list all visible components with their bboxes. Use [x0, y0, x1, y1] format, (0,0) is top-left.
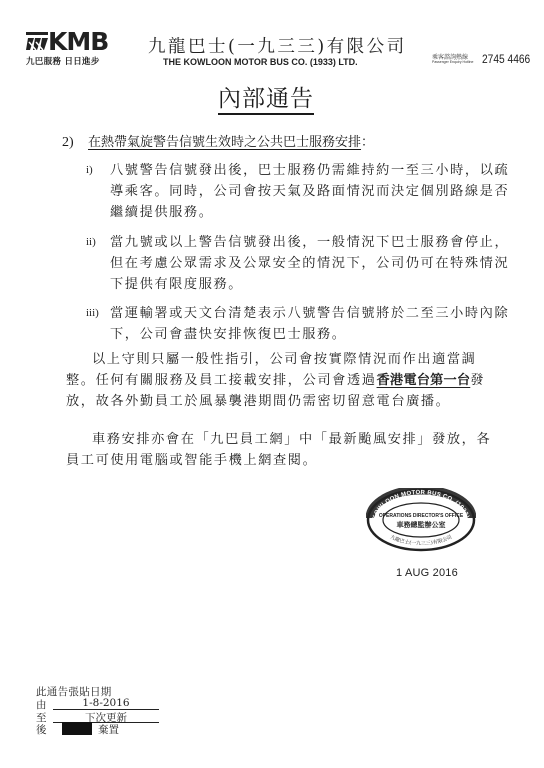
section-colon: ：: [361, 135, 374, 150]
company-name-cn: 九龍巴士(一九三三)有限公司: [148, 33, 407, 58]
item-text: 八號警告信號發出後，巴士服務仍需維持約一至三小時，以疏導乘客。同時，公司會按天氣…: [110, 160, 520, 223]
guidance-paragraph: 以上守則只屬一般性指引，公司會按實際情況而作出適當調整。任何有關服務及員工接載安…: [66, 349, 506, 412]
posting-after-row: 後 棄置: [36, 722, 136, 735]
item-marker: i): [86, 160, 93, 181]
section-number: 2): [62, 135, 88, 151]
intranet-paragraph: 車務安排亦會在「九巴員工網」中「最新颱風安排」發放，各員工可使用電腦或智能手機上…: [66, 429, 506, 471]
issue-date: 1 AUG 2016: [396, 567, 458, 579]
radio-station-highlight: 香港電台第一台: [377, 373, 471, 388]
stamp-office-en: OPERATIONS DIRECTOR'S OFFICE: [379, 513, 464, 519]
stamp-office-cn: 車務總監辦公室: [397, 520, 446, 529]
item-marker: ii): [86, 232, 96, 253]
kmb-logo-icon: [26, 30, 48, 52]
section-heading: 2)在熱帶氣旋警告信號生效時之公共巴士服務安排：: [62, 131, 374, 151]
redacted-block: [62, 722, 92, 735]
hotline-label-en: Passenger Enquiry Hotline: [432, 60, 473, 64]
kmb-tagline: 九巴服務 日日進步: [26, 55, 100, 67]
posting-after-label: 後: [36, 722, 47, 737]
item-text: 當運輸署或天文台清楚表示八號警告信號將於二至三小時內除下，公司會盡快安排恢復巴士…: [110, 303, 520, 345]
posting-from-value: 1-8-2016: [53, 697, 159, 710]
kmb-brand: KMB: [48, 27, 108, 56]
item-text: 當九號或以上警告信號發出後，一般情況下巴士服務會停止，但在考慮公眾需求及公眾安全…: [110, 232, 520, 295]
posting-from-row: 由 1-8-2016: [36, 697, 136, 710]
hotline-number: 2745 4466: [482, 52, 530, 66]
item-marker: iii): [86, 303, 99, 324]
section-title: 在熱帶氣旋警告信號生效時之公共巴士服務安排: [88, 135, 361, 150]
kmb-logo: KMB 九巴服務 日日進步: [26, 30, 120, 68]
office-stamp: THE KOWLOON MOTOR BUS CO. (1933) LTD. OP…: [366, 488, 476, 552]
company-name-en: THE KOWLOON MOTOR BUS CO. (1933) LTD.: [163, 57, 358, 67]
stamp-icon: THE KOWLOON MOTOR BUS CO. (1933) LTD. OP…: [366, 488, 476, 552]
page-title: 內部通告: [218, 86, 314, 115]
posting-discard-label: 棄置: [98, 722, 119, 737]
passenger-hotline: 乘客諮詢熱線 Passenger Enquiry Hotline 2745 44…: [432, 51, 542, 71]
